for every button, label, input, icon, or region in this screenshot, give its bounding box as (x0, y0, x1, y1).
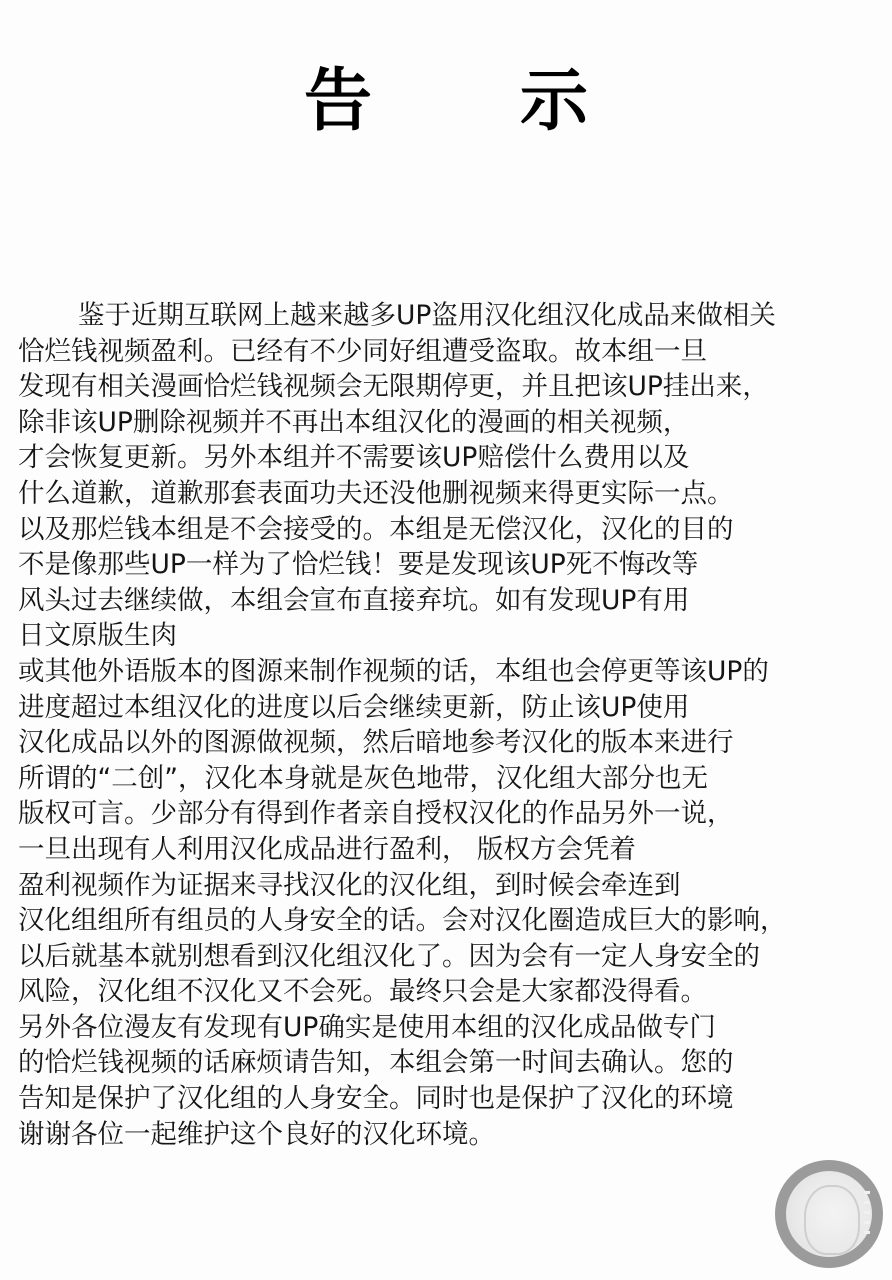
body-line: 以及那烂钱本组是不会接受的。本组是无偿汉化，汉化的目的 (18, 512, 892, 548)
body-line: 以后就基本就别想看到汉化组汉化了。因为会有一定人身安全的 (18, 939, 892, 975)
body-line: 汉化成品以外的图源做视频，然后暗地参考汉化的版本来进行 (18, 725, 892, 761)
body-line: 鉴于近期互联网上越来越多UP盗用汉化组汉化成品来做相关 (18, 298, 892, 334)
body-line: 谢谢各位一起维护这个良好的汉化环境。 (18, 1117, 892, 1153)
body-line: 不是像那些UP一样为了恰烂钱！要是发现该UP死不悔改等 (18, 547, 892, 583)
title-char-2: 示 (520, 62, 588, 142)
body-line: 风头过去继续做，本组会宣布直接弃坑。如有发现UP有用 (18, 583, 892, 619)
body-line: 版权可言。少部分有得到作者亲自授权汉化的作品另外一说， (18, 796, 892, 832)
body-line: 另外各位漫友有发现有UP确实是使用本组的汉化成品做专门 (18, 1010, 892, 1046)
body-line: 所谓的“二创”，汉化本身就是灰色地带，汉化组大部分也无 (18, 761, 892, 797)
body-line: 除非该UP删除视频并不再出本组汉化的漫画的相关视频， (18, 405, 892, 441)
body-line: 发现有相关漫画恰烂钱视频会无限期停更，并且把该UP挂出来， (18, 369, 892, 405)
body-line: 一旦出现有人利用汉化成品进行盈利， 版权方会凭着 (18, 832, 892, 868)
seal-stamp-icon (775, 1160, 883, 1268)
body-line: 风险，汉化组不汉化又不会死。最终只会是大家都没得看。 (18, 974, 892, 1010)
body-line: 的恰烂钱视频的话麻烦请告知，本组会第一时间去确认。您的 (18, 1045, 892, 1081)
body-line: 才会恢复更新。另外本组并不需要该UP赔偿什么费用以及 (18, 440, 892, 476)
body-line: 或其他外语版本的图源来制作视频的话，本组也会停更等该UP的 (18, 654, 892, 690)
title-char-1: 告 (304, 62, 372, 142)
body-line: 恰烂钱视频盈利。已经有不少同好组遭受盗取。故本组一旦 (18, 334, 892, 370)
body-line: 盈利视频作为证据来寻找汉化的汉化组，到时候会牵连到 (18, 868, 892, 904)
body-line: 汉化组组所有组员的人身安全的话。会对汉化圈造成巨大的影响， (18, 903, 892, 939)
body-line: 什么道歉，道歉那套表面功夫还没他删视频来得更实际一点。 (18, 476, 892, 512)
stamp-ring-text-decoration (864, 1191, 870, 1241)
stamp-figure-icon (804, 1185, 860, 1255)
body-line: 日文原版生肉 (18, 618, 892, 654)
body-line: 告知是保护了汉化组的人身安全。同时也是保护了汉化的环境 (18, 1081, 892, 1117)
notice-body: 鉴于近期互联网上越来越多UP盗用汉化组汉化成品来做相关 恰烂钱视频盈利。已经有不… (18, 298, 892, 1152)
body-line: 进度超过本组汉化的进度以后会继续更新，防止该UP使用 (18, 690, 892, 726)
